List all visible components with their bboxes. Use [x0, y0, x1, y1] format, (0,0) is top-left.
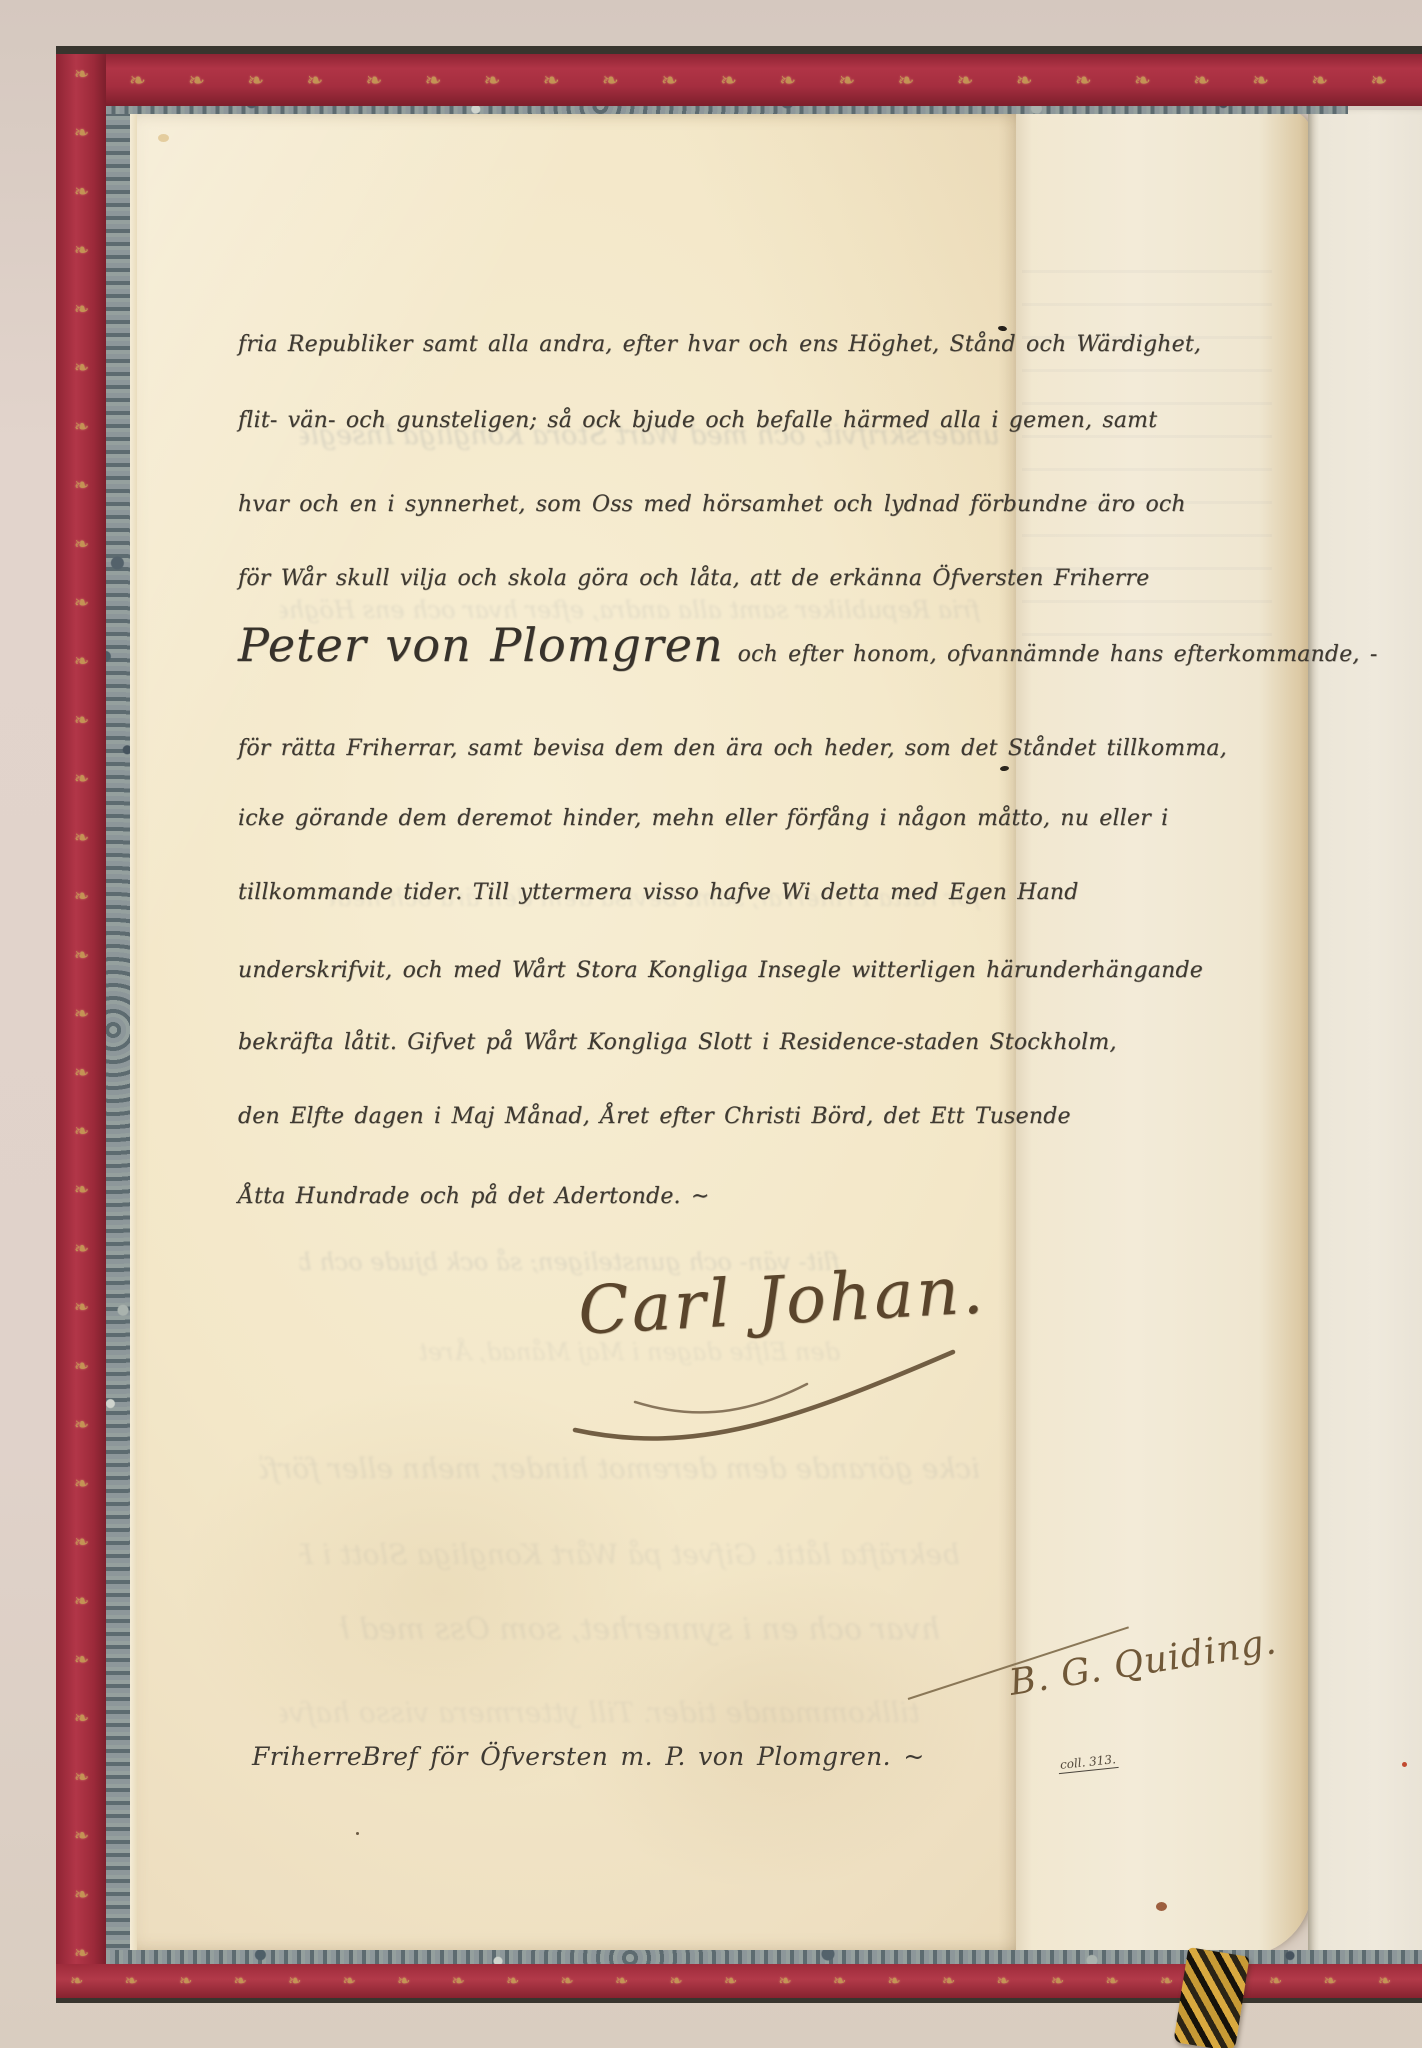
manuscript-line: fria Republiker samt alla andra, efter h… — [238, 332, 1201, 357]
manuscript-line: Åtta Hundrade och på det Adertonde. ~ — [238, 1184, 710, 1209]
manuscript-name-line: Peter von Plomgren och efter honom, ofva… — [238, 618, 1377, 672]
manuscript-line: icke görande dem deremot hinder, mehn el… — [238, 806, 1168, 831]
show-through-ruling — [1022, 240, 1272, 660]
gold-tooling-ornament: ❧ ❧ ❧ ❧ ❧ ❧ ❧ ❧ ❧ ❧ ❧ ❧ ❧ ❧ ❧ ❧ ❧ ❧ ❧ ❧ … — [56, 54, 1422, 106]
name-line-continuation: och efter honom, ofvannämnde hans efterk… — [738, 642, 1378, 667]
manuscript-line: för rätta Friherrar, samt bevisa dem den… — [238, 736, 1227, 761]
ink-speck — [356, 1832, 359, 1835]
foxing-spot — [158, 134, 169, 142]
ink-stain — [1156, 1902, 1167, 1911]
gold-tooling-ornament: ❧ ❧ ❧ ❧ ❧ ❧ ❧ ❧ ❧ ❧ ❧ ❧ ❧ ❧ ❧ ❧ ❧ ❧ ❧ ❧ … — [56, 54, 106, 1998]
underlying-page-stack — [1308, 110, 1422, 1956]
manuscript-line: den Elfte dagen i Maj Månad, Året efter … — [238, 1104, 1071, 1129]
manuscript-line: hvar och en i synnerhet, som Oss med hör… — [238, 492, 1186, 517]
manuscript-line: för Wår skull vilja och skola göra och l… — [238, 566, 1149, 591]
manuscript-line: underskrifvit, och med Wårt Stora Kongli… — [238, 958, 1203, 983]
parchment-discoloration — [560, 1560, 980, 1890]
manuscript-line: flit- vän- och gunsteligen; så ock bjude… — [238, 408, 1157, 433]
manuscript-line: bekräfta låtit. Gifvet på Wårt Kongliga … — [238, 1030, 1117, 1055]
leather-cover-top: ❧ ❧ ❧ ❧ ❧ ❧ ❧ ❧ ❧ ❧ ❧ ❧ ❧ ❧ ❧ ❧ ❧ ❧ ❧ ❧ … — [56, 54, 1422, 106]
leather-cover-left: ❧ ❧ ❧ ❧ ❧ ❧ ❧ ❧ ❧ ❧ ❧ ❧ ❧ ❧ ❧ ❧ ❧ ❧ ❧ ❧ … — [56, 54, 106, 1998]
manuscript-line: tillkommande tider. Till yttermera visso… — [238, 880, 1079, 905]
ennobled-name: Peter von Plomgren — [238, 618, 724, 672]
signature-flourish — [545, 1322, 975, 1462]
marbled-border-left — [102, 96, 130, 1964]
scanned-document: underskrifvit, och med Wårt Stora Kongli… — [0, 0, 1422, 2048]
docket-line: FriherreBref för Öfversten m. P. von Plo… — [252, 1742, 925, 1771]
red-speck — [1402, 1762, 1407, 1767]
